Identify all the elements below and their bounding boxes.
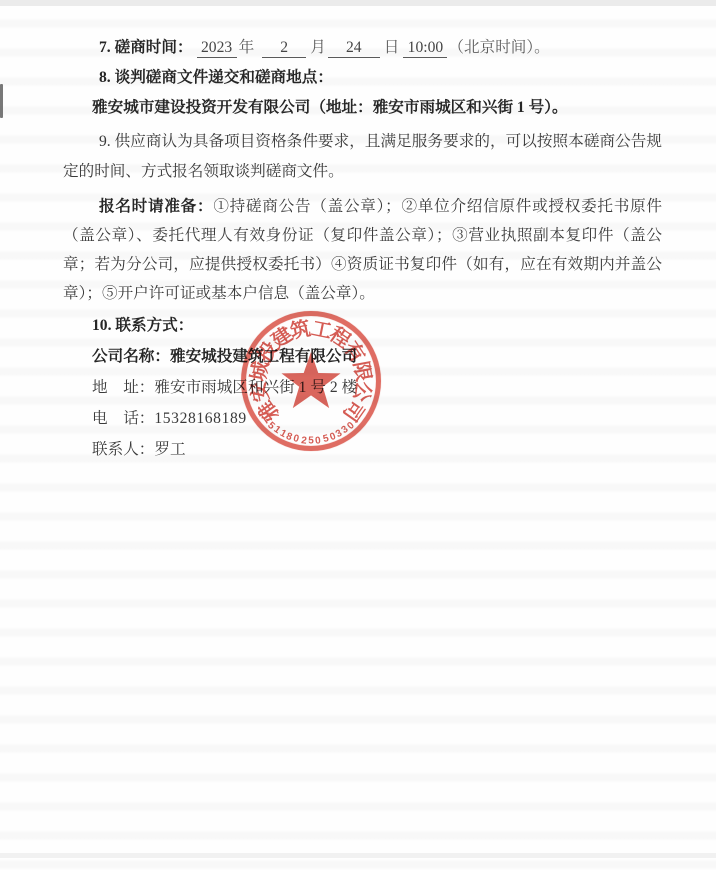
contact-person-label: 联系人： — [92, 441, 154, 458]
address-value: 雅安市雨城区和兴街 1 号 2 楼 — [154, 379, 357, 396]
company-name-line: 公司名称：雅安城投建筑工程有限公司 — [63, 341, 662, 372]
day-suffix: 日 — [384, 39, 400, 56]
year-suffix: 年 — [239, 39, 255, 56]
negotiation-time-label: 7. 磋商时间： — [99, 39, 193, 56]
address-line: 地 址：雅安市雨城区和兴街 1 号 2 楼 — [63, 372, 662, 403]
company-name-value: 雅安城投建筑工程有限公司 — [170, 348, 357, 365]
negotiation-day-blank: 24 — [328, 39, 380, 58]
beijing-time-note: （北京时间）。 — [448, 39, 549, 56]
negotiation-month-blank: 2 — [262, 39, 306, 58]
negotiation-time-blank: 10:00 — [403, 39, 447, 58]
submission-location-venue: 雅安城市建设投资开发有限公司（地址：雅安市雨城区和兴街 1 号）。 — [63, 93, 662, 123]
negotiation-time-line: 7. 磋商时间：2023年2月24日10:00（北京时间）。 — [63, 33, 662, 63]
document-page: 7. 磋商时间：2023年2月24日10:00（北京时间）。 8. 谈判磋商文件… — [0, 0, 716, 870]
month-suffix: 月 — [310, 39, 326, 56]
phone-label: 电 话： — [92, 410, 154, 427]
contact-heading: 10. 联系方式： — [63, 310, 662, 341]
scan-artifact-bottom-band — [0, 853, 716, 858]
company-name-label: 公司名称： — [92, 348, 170, 365]
contact-person-line: 联系人：罗工 — [63, 434, 662, 465]
phone-line: 电 话：15328168189 — [63, 403, 662, 434]
signup-requirements-paragraph: 报名时请准备：①持磋商公告（盖公章）；②单位介绍信原件或授权委托书原件（盖公章）… — [63, 192, 662, 308]
contact-person-value: 罗工 — [154, 441, 185, 458]
signup-requirements-label: 报名时请准备： — [99, 198, 213, 215]
phone-value: 15328168189 — [154, 410, 246, 427]
submission-location-heading: 8. 谈判磋商文件递交和磋商地点： — [63, 63, 662, 93]
document-body: 7. 磋商时间：2023年2月24日10:00（北京时间）。 8. 谈判磋商文件… — [0, 0, 716, 465]
negotiation-year-blank: 2023 — [197, 39, 237, 58]
supplier-qualification-paragraph: 9. 供应商认为具备项目资格条件要求，且满足服务要求的，可以按照本磋商公告规定的… — [63, 127, 662, 187]
address-label: 地 址： — [92, 379, 154, 396]
